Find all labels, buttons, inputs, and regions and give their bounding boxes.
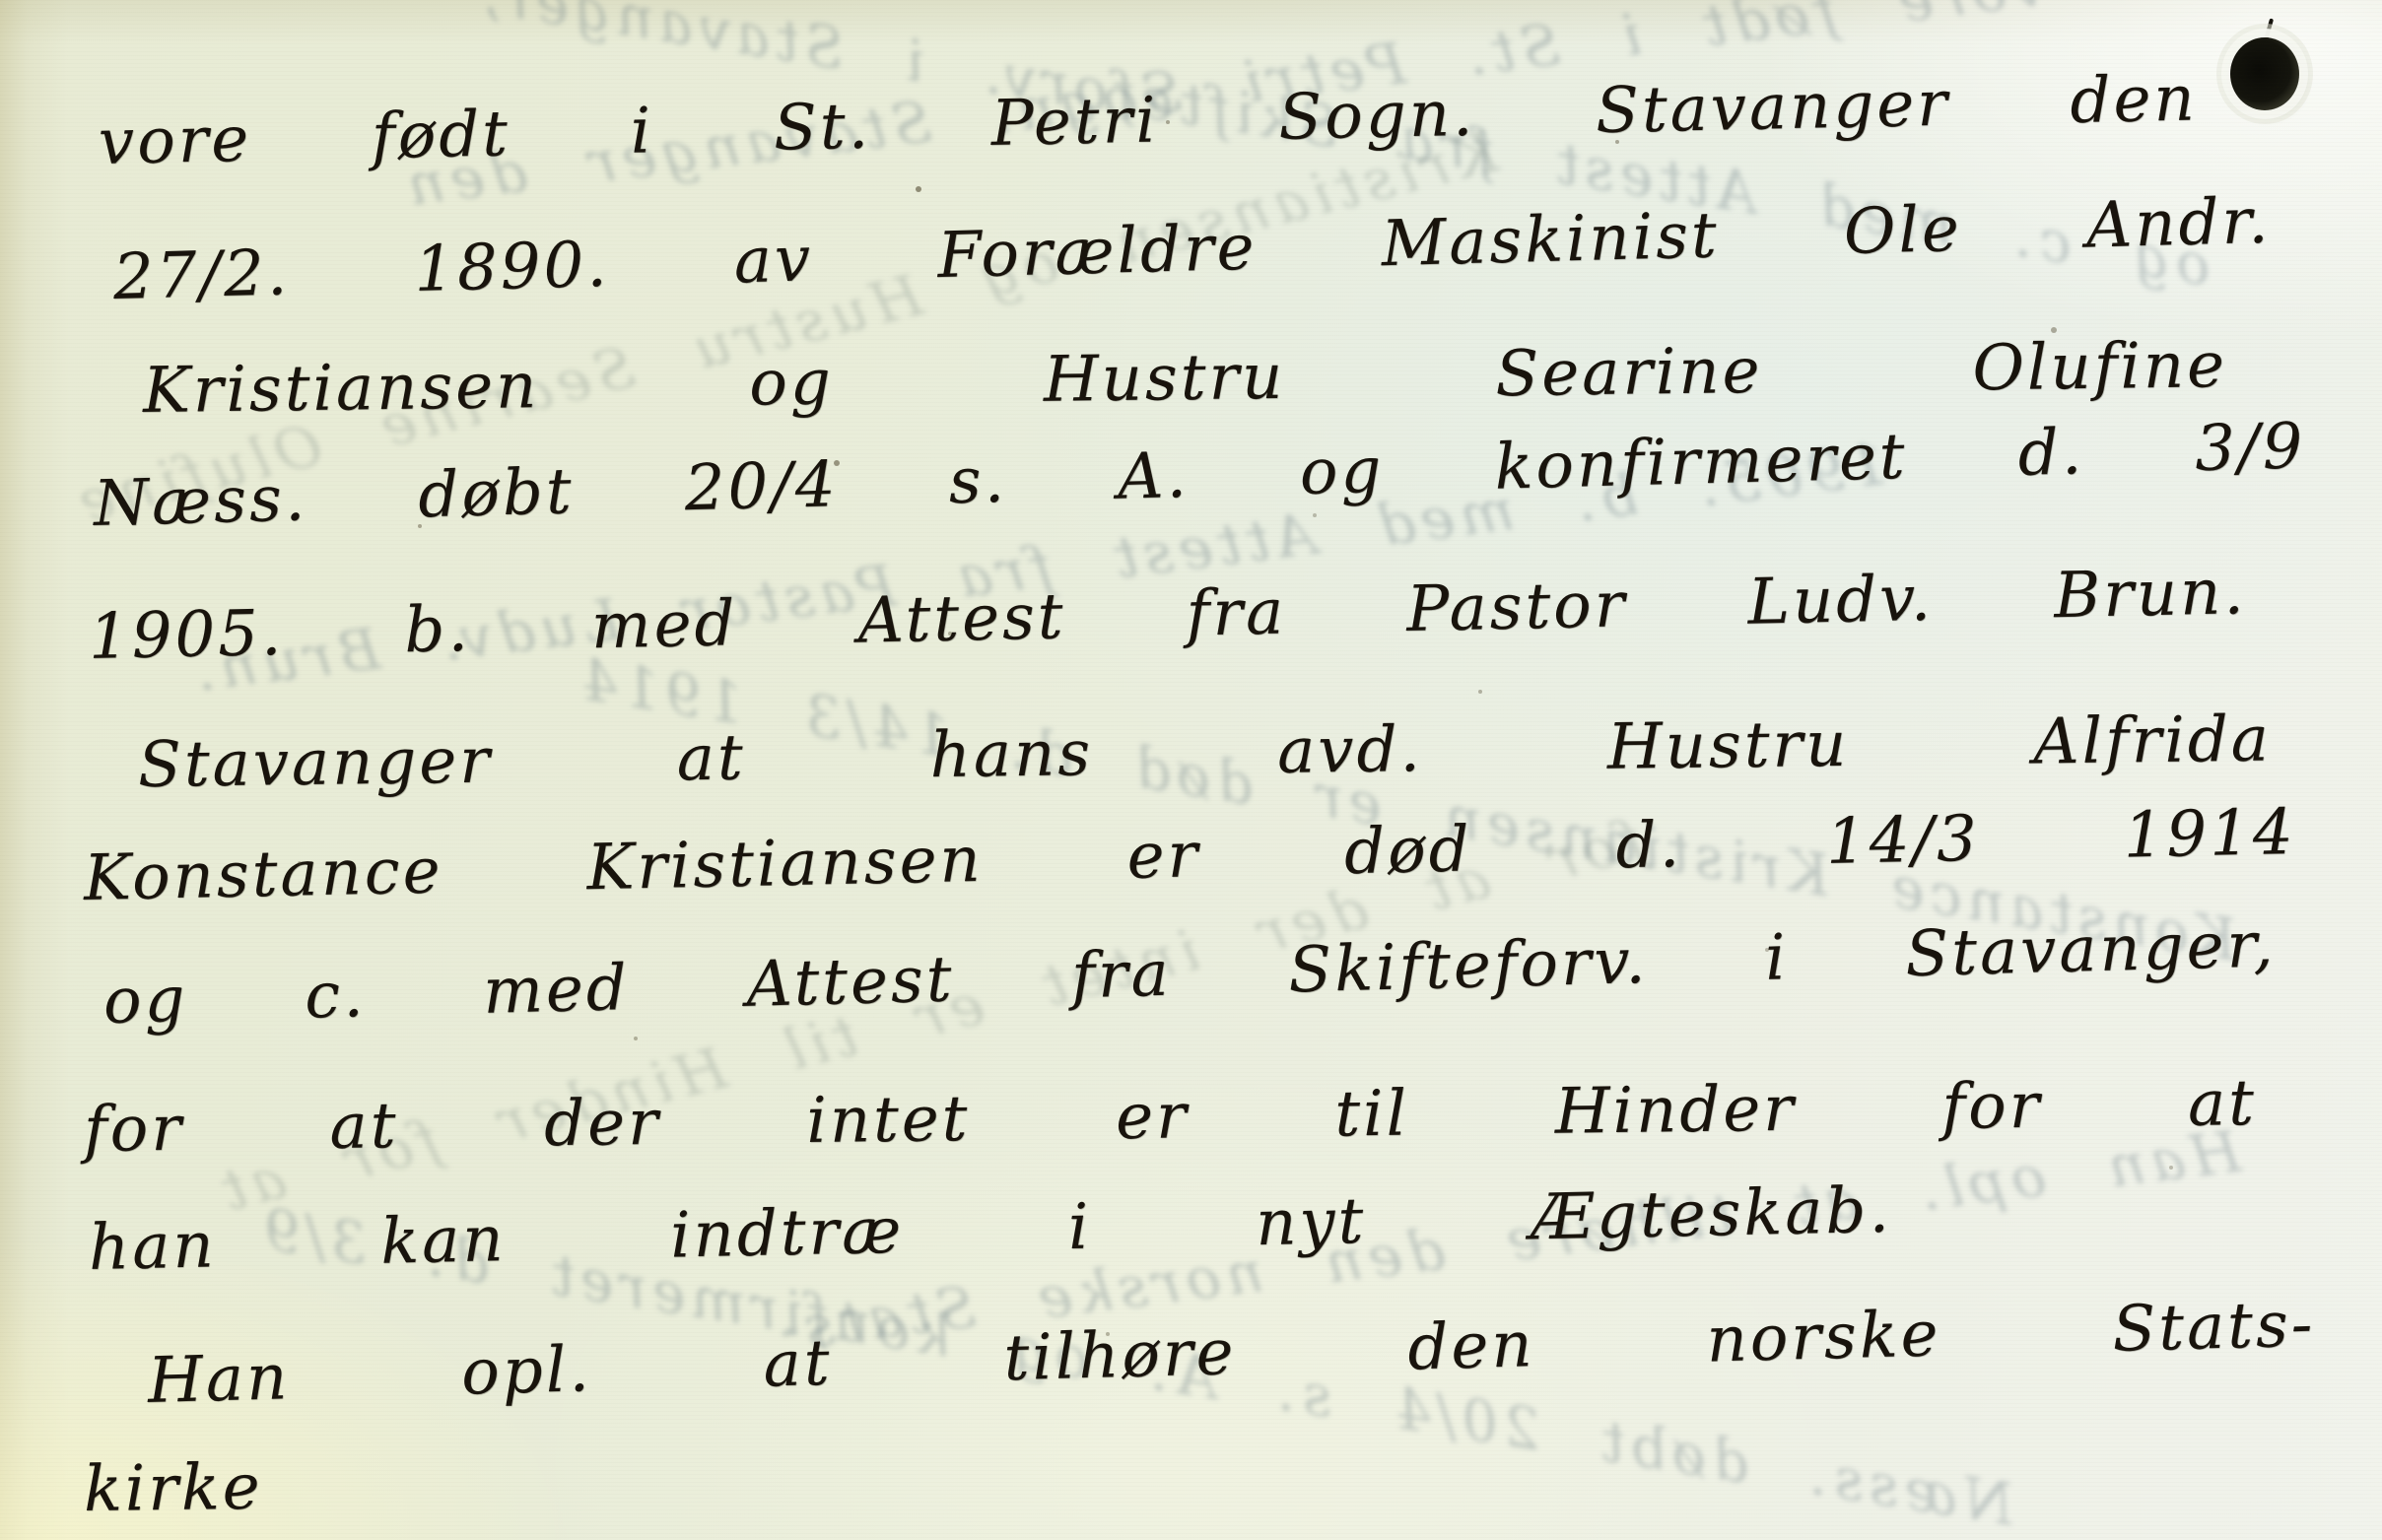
punch-hole [2230, 37, 2299, 110]
ink-speckles [0, 0, 4, 4]
manuscript-line: 1905. b. med Attest fra Pastor Ludv. Bru… [88, 556, 2247, 675]
manuscript-line: for at der intet er til Hinder for at [84, 1067, 2258, 1168]
manuscript-line: Næss. døbt 20/4 s. A. og konfirmeret d. … [93, 410, 2306, 542]
manuscript-line: Han opl. at tilhøre den norske Stats- [147, 1288, 2316, 1419]
manuscript-line: han kan indtræ i nyt Ægteskab. [88, 1174, 1892, 1286]
manuscript-line: Stavanger at hans avd. Hustru Alfrida [138, 703, 2273, 803]
manuscript-line: vore født i St. Petri Sogn. Stavanger de… [98, 62, 2198, 180]
manuscript-line: 27/2. 1890. av Forældre Maskinist Ole An… [112, 185, 2272, 315]
manuscript-line: kirke [84, 1450, 341, 1527]
manuscript-line: og c. med Attest fra Skifteforv. i Stava… [102, 908, 2277, 1039]
manuscript-line: Kristiansen og Hustru Searine Olufine [143, 329, 2228, 429]
manuscript-page: vore født i St. Petri Sogn. Stavanger de… [0, 0, 2382, 1540]
manuscript-line: Konstance Kristiansen er død d. 14/3 191… [83, 796, 2296, 916]
